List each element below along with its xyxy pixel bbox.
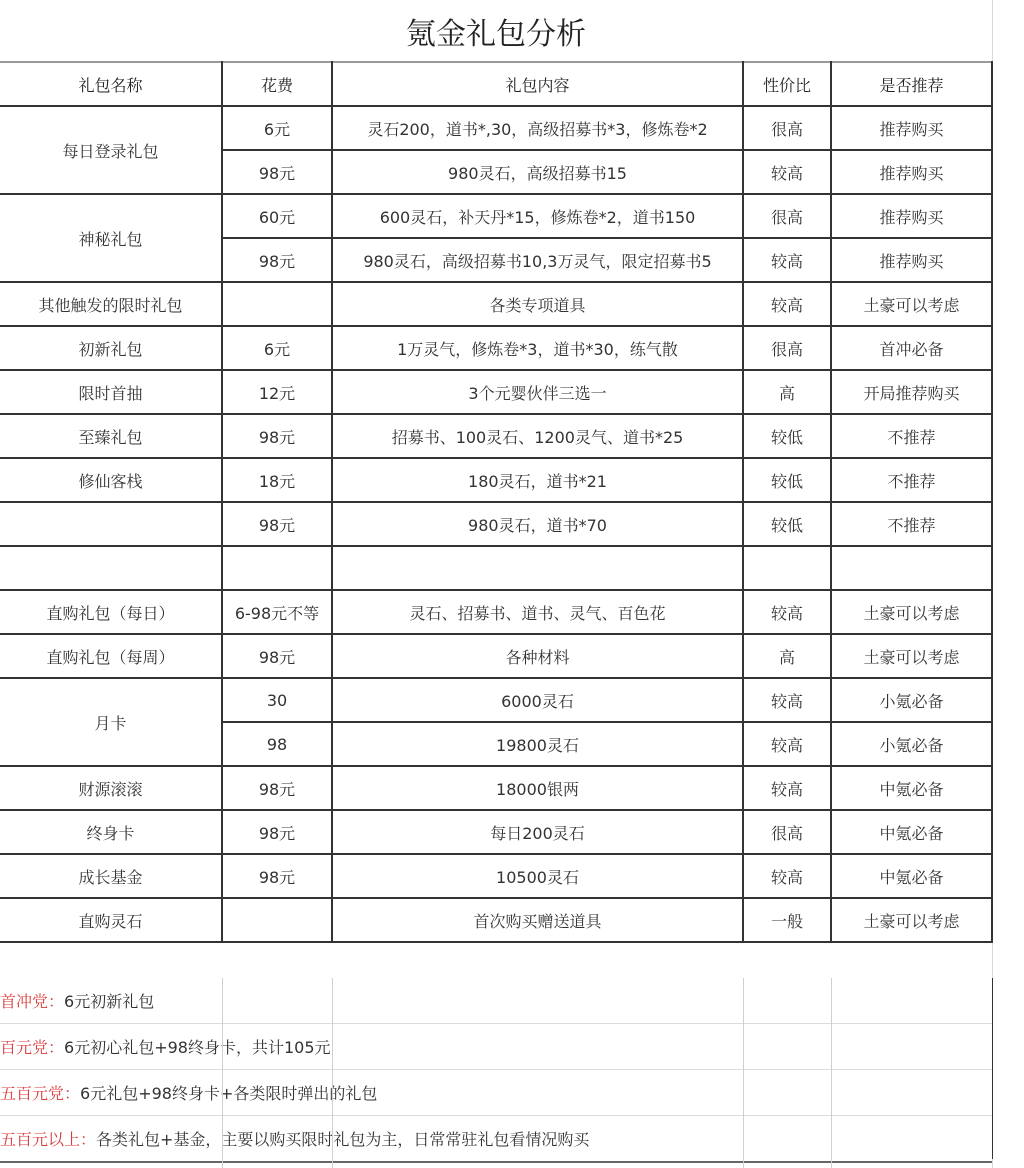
table-row: 限时首抽12元3个元婴伙伴三选一高开局推荐购买 [0, 370, 992, 414]
cell-pack-name: 直购灵石 [0, 898, 222, 942]
cell-value: 高 [743, 634, 831, 678]
cell-recommend: 不推荐 [831, 502, 992, 546]
cell-pack-name [0, 546, 222, 590]
sheet-gridline [831, 978, 832, 1168]
cell-content: 18000银两 [332, 766, 743, 810]
cell-pack-name: 财源滚滚 [0, 766, 222, 810]
cell-content: 980灵石，高级招募书15 [332, 150, 743, 194]
cell-content: 600灵石，补天丹*15，修炼卷*2，道书150 [332, 194, 743, 238]
cell-content: 各类专项道具 [332, 282, 743, 326]
cell-content: 980灵石，道书*70 [332, 502, 743, 546]
cell-pack-name: 终身卡 [0, 810, 222, 854]
sheet-gridline [222, 978, 223, 1168]
cell-recommend: 中氪必备 [831, 810, 992, 854]
gift-pack-table: 礼包名称 花费 礼包内容 性价比 是否推荐 每日登录礼包6元灵石200，道书*,… [0, 61, 993, 943]
cell-content: 10500灵石 [332, 854, 743, 898]
cell-content: 180灵石，道书*21 [332, 458, 743, 502]
table-row [0, 546, 992, 590]
cell-value: 较低 [743, 414, 831, 458]
cell-pack-name: 神秘礼包 [0, 194, 222, 282]
note-label: 首冲党： [0, 989, 64, 1012]
cell-pack-name: 直购礼包（每周） [0, 634, 222, 678]
cell-recommend: 小氪必备 [831, 722, 992, 766]
cell-value: 很高 [743, 810, 831, 854]
cell-cost: 98元 [222, 766, 332, 810]
cell-content: 3个元婴伙伴三选一 [332, 370, 743, 414]
note-row: 百元党： 6元初心礼包+98终身卡，共计105元 [0, 1024, 992, 1070]
cell-value: 较低 [743, 458, 831, 502]
table-row: 神秘礼包60元600灵石，补天丹*15，修炼卷*2，道书150很高推荐购买 [0, 194, 992, 238]
cell-pack-name: 初新礼包 [0, 326, 222, 370]
table-row: 98元980灵石，道书*70较低不推荐 [0, 502, 992, 546]
cell-cost: 12元 [222, 370, 332, 414]
header-recommend: 是否推荐 [831, 62, 992, 106]
cell-recommend: 土豪可以考虑 [831, 282, 992, 326]
header-name: 礼包名称 [0, 62, 222, 106]
cell-recommend: 开局推荐购买 [831, 370, 992, 414]
cell-content: 首次购买赠送道具 [332, 898, 743, 942]
cell-value: 高 [743, 370, 831, 414]
table-row: 直购灵石首次购买赠送道具一般土豪可以考虑 [0, 898, 992, 942]
table-row: 财源滚滚98元18000银两较高中氪必备 [0, 766, 992, 810]
cell-content: 灵石200，道书*,30，高级招募书*3，修炼卷*2 [332, 106, 743, 150]
cell-value: 较高 [743, 590, 831, 634]
cell-pack-name [0, 502, 222, 546]
cell-recommend: 推荐购买 [831, 106, 992, 150]
cell-cost: 98 [222, 722, 332, 766]
cell-recommend: 土豪可以考虑 [831, 898, 992, 942]
table-row: 每日登录礼包6元灵石200，道书*,30，高级招募书*3，修炼卷*2很高推荐购买 [0, 106, 992, 150]
cell-recommend: 推荐购买 [831, 150, 992, 194]
cell-pack-name: 每日登录礼包 [0, 106, 222, 194]
cell-content: 19800灵石 [332, 722, 743, 766]
cell-recommend: 首冲必备 [831, 326, 992, 370]
note-label: 五百元党： [0, 1081, 80, 1104]
cell-content: 各种材料 [332, 634, 743, 678]
cell-cost [222, 282, 332, 326]
note-text: 6元初心礼包+98终身卡，共计105元 [64, 1035, 331, 1058]
cell-cost: 18元 [222, 458, 332, 502]
note-row: 首冲党： 6元初新礼包 [0, 978, 992, 1024]
cell-recommend: 中氪必备 [831, 854, 992, 898]
table-row: 修仙客栈18元180灵石，道书*21较低不推荐 [0, 458, 992, 502]
cell-recommend [831, 546, 992, 590]
cell-recommend: 推荐购买 [831, 238, 992, 282]
cell-pack-name: 直购礼包（每日） [0, 590, 222, 634]
cell-value: 很高 [743, 194, 831, 238]
cell-pack-name: 成长基金 [0, 854, 222, 898]
cell-recommend: 不推荐 [831, 458, 992, 502]
cell-value [743, 546, 831, 590]
cell-value: 较高 [743, 238, 831, 282]
cell-content: 1万灵气，修炼卷*3，道书*30，练气散 [332, 326, 743, 370]
table-row: 其他触发的限时礼包各类专项道具较高土豪可以考虑 [0, 282, 992, 326]
cell-cost: 60元 [222, 194, 332, 238]
cell-pack-name: 至臻礼包 [0, 414, 222, 458]
cell-content: 每日200灵石 [332, 810, 743, 854]
cell-value: 较高 [743, 282, 831, 326]
cell-cost: 98元 [222, 414, 332, 458]
cell-content [332, 546, 743, 590]
cell-pack-name: 其他触发的限时礼包 [0, 282, 222, 326]
cell-cost: 30 [222, 678, 332, 722]
cell-cost [222, 898, 332, 942]
note-text: 各类礼包+基金，主要以购买限时礼包为主，日常常驻礼包看情况购买 [96, 1127, 589, 1150]
cell-value: 较低 [743, 502, 831, 546]
cell-cost [222, 546, 332, 590]
spending-tiers-notes: 首冲党： 6元初新礼包 百元党： 6元初心礼包+98终身卡，共计105元 五百元… [0, 978, 992, 1163]
cell-cost: 98元 [222, 150, 332, 194]
cell-recommend: 中氪必备 [831, 766, 992, 810]
cell-recommend: 推荐购买 [831, 194, 992, 238]
cell-cost: 6元 [222, 106, 332, 150]
sheet-gridline [332, 978, 333, 1168]
header-content: 礼包内容 [332, 62, 743, 106]
table-row: 至臻礼包98元招募书、100灵石、1200灵气、道书*25较低不推荐 [0, 414, 992, 458]
cell-recommend: 不推荐 [831, 414, 992, 458]
header-value: 性价比 [743, 62, 831, 106]
cell-pack-name: 限时首抽 [0, 370, 222, 414]
table-row: 月卡306000灵石较高小氪必备 [0, 678, 992, 722]
cell-value: 较高 [743, 854, 831, 898]
cell-content: 灵石、招募书、道书、灵气、百色花 [332, 590, 743, 634]
header-cost: 花费 [222, 62, 332, 106]
cell-cost: 98元 [222, 854, 332, 898]
cell-value: 很高 [743, 106, 831, 150]
cell-cost: 6元 [222, 326, 332, 370]
cell-content: 6000灵石 [332, 678, 743, 722]
table-header-row: 礼包名称 花费 礼包内容 性价比 是否推荐 [0, 62, 992, 106]
cell-value: 较高 [743, 678, 831, 722]
cell-value: 一般 [743, 898, 831, 942]
cell-recommend: 土豪可以考虑 [831, 590, 992, 634]
page-title: 氪金礼包分析 [0, 0, 992, 61]
cell-cost: 98元 [222, 502, 332, 546]
cell-cost: 98元 [222, 810, 332, 854]
cell-cost: 98元 [222, 238, 332, 282]
table-row: 成长基金98元10500灵石较高中氪必备 [0, 854, 992, 898]
cell-recommend: 小氪必备 [831, 678, 992, 722]
sheet-gridline [743, 978, 744, 1168]
table-row: 直购礼包（每周）98元各种材料高土豪可以考虑 [0, 634, 992, 678]
cell-pack-name: 月卡 [0, 678, 222, 766]
table-row: 终身卡98元每日200灵石很高中氪必备 [0, 810, 992, 854]
note-row: 五百元以上： 各类礼包+基金，主要以购买限时礼包为主，日常常驻礼包看情况购买 [0, 1116, 992, 1163]
note-label: 五百元以上： [0, 1127, 96, 1150]
cell-recommend: 土豪可以考虑 [831, 634, 992, 678]
cell-content: 招募书、100灵石、1200灵气、道书*25 [332, 414, 743, 458]
cell-pack-name: 修仙客栈 [0, 458, 222, 502]
cell-value: 较高 [743, 150, 831, 194]
cell-value: 很高 [743, 326, 831, 370]
note-label: 百元党： [0, 1035, 64, 1058]
cell-content: 980灵石，高级招募书10,3万灵气，限定招募书5 [332, 238, 743, 282]
note-row: 五百元党： 6元礼包+98终身卡+各类限时弹出的礼包 [0, 1070, 992, 1116]
table-frame-right [992, 978, 993, 1159]
cell-value: 较高 [743, 722, 831, 766]
table-row: 初新礼包6元1万灵气，修炼卷*3，道书*30，练气散很高首冲必备 [0, 326, 992, 370]
cell-cost: 6-98元不等 [222, 590, 332, 634]
cell-value: 较高 [743, 766, 831, 810]
cell-cost: 98元 [222, 634, 332, 678]
table-row: 直购礼包（每日）6-98元不等灵石、招募书、道书、灵气、百色花较高土豪可以考虑 [0, 590, 992, 634]
note-text: 6元初新礼包 [64, 989, 154, 1012]
